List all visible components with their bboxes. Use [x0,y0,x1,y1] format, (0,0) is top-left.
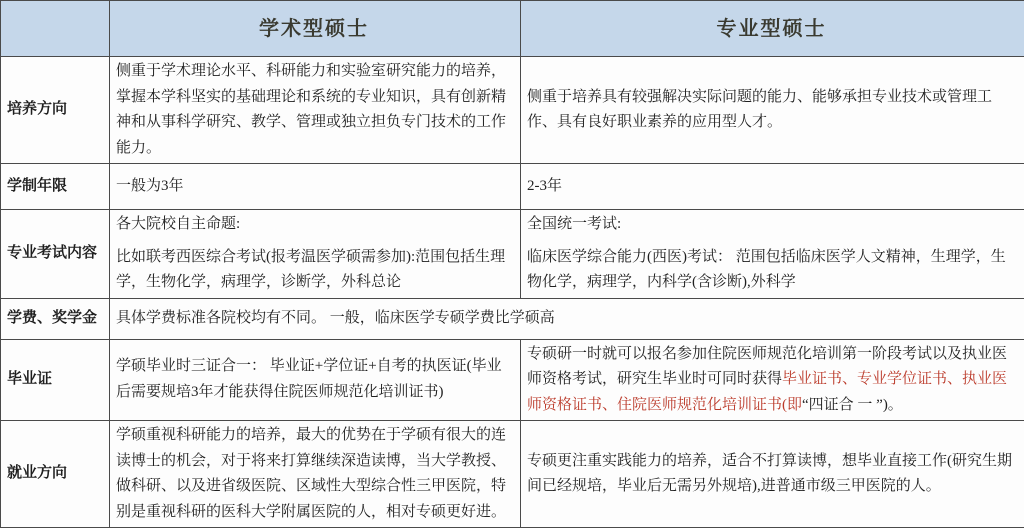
table-header-row: 学术型硕士 专业型硕士 [1,1,1024,57]
professional-study-duration-cell: 2-3年 [521,164,1024,210]
row-tuition-scholarship: 学费、奖学金 具体学费标准各院校均有不同。 一般，临床医学专硕学费比学硕高 [1,298,1024,339]
academic-header-cell: 学术型硕士 [110,1,521,57]
professional-header-cell: 专业型硕士 [521,1,1024,57]
row-label-employment-direction: 就业方向 [1,421,110,528]
tuition-merged-cell: 具体学费标准各院校均有不同。 一般，临床医学专硕学费比学硕高 [110,298,1024,339]
row-label-training-direction: 培养方向 [1,57,110,164]
academic-exam-content-cell: 各大院校自主命题: 比如联考西医综合考试(报考温医学硕需参加):范围包括生理学，… [110,210,521,299]
academic-study-duration-cell: 一般为3年 [110,164,521,210]
row-employment-direction: 就业方向 学硕重视科研能力的培养，最大的优势在于学硕有很大的连读博士的机会，对于… [1,421,1024,528]
professional-diploma-text-end: “四证合 一 ”)。 [802,397,903,413]
professional-exam-line1: 全国统一考试: [527,212,1016,238]
professional-employment-cell: 专硕更注重实践能力的培养，适合不打算读博，想毕业直接工作(研究生期间已经规培，毕… [521,421,1024,528]
row-label-study-duration: 学制年限 [1,164,110,210]
row-training-direction: 培养方向 侧重于学术理论水平、科研能力和实验室研究能力的培养，掌握本学科坚实的基… [1,57,1024,164]
academic-training-direction-cell: 侧重于学术理论水平、科研能力和实验室研究能力的培养，掌握本学科坚实的基础理论和系… [110,57,521,164]
professional-diploma-cell: 专硕研一时就可以报名参加住院医师规范化培训第一阶段考试以及执业医师资格考试，研究… [521,339,1024,421]
row-label-diploma: 毕业证 [1,339,110,421]
academic-exam-line2: 比如联考西医综合考试(报考温医学硕需参加):范围包括生理学，生物化学，病理学，诊… [116,245,512,296]
row-label-tuition-scholarship: 学费、奖学金 [1,298,110,339]
row-study-duration: 学制年限 一般为3年 2-3年 [1,164,1024,210]
row-label-exam-content: 专业考试内容 [1,210,110,299]
professional-training-direction-cell: 侧重于培养具有较强解决实际问题的能力、能够承担专业技术或管理工作、具有良好职业素… [521,57,1024,164]
row-diploma: 毕业证 学硕毕业时三证合一： 毕业证+学位证+自考的执医证(毕业后需要规培3年才… [1,339,1024,421]
professional-exam-content-cell: 全国统一考试: 临床医学综合能力(西医)考试： 范围包括临床医学人文精神，生理学… [521,210,1024,299]
academic-exam-line1: 各大院校自主命题: [116,212,512,238]
corner-cell [1,1,110,57]
row-exam-content: 专业考试内容 各大院校自主命题: 比如联考西医综合考试(报考温医学硕需参加):范… [1,210,1024,299]
professional-exam-line2: 临床医学综合能力(西医)考试： 范围包括临床医学人文精神，生理学，生物化学，病理… [527,245,1016,296]
academic-diploma-cell: 学硕毕业时三证合一： 毕业证+学位证+自考的执医证(毕业后需要规培3年才能获得住… [110,339,521,421]
academic-employment-cell: 学硕重视科研能力的培养，最大的优势在于学硕有很大的连读博士的机会，对于将来打算继… [110,421,521,528]
masters-comparison-table: 学术型硕士 专业型硕士 培养方向 侧重于学术理论水平、科研能力和实验室研究能力的… [0,0,1024,528]
